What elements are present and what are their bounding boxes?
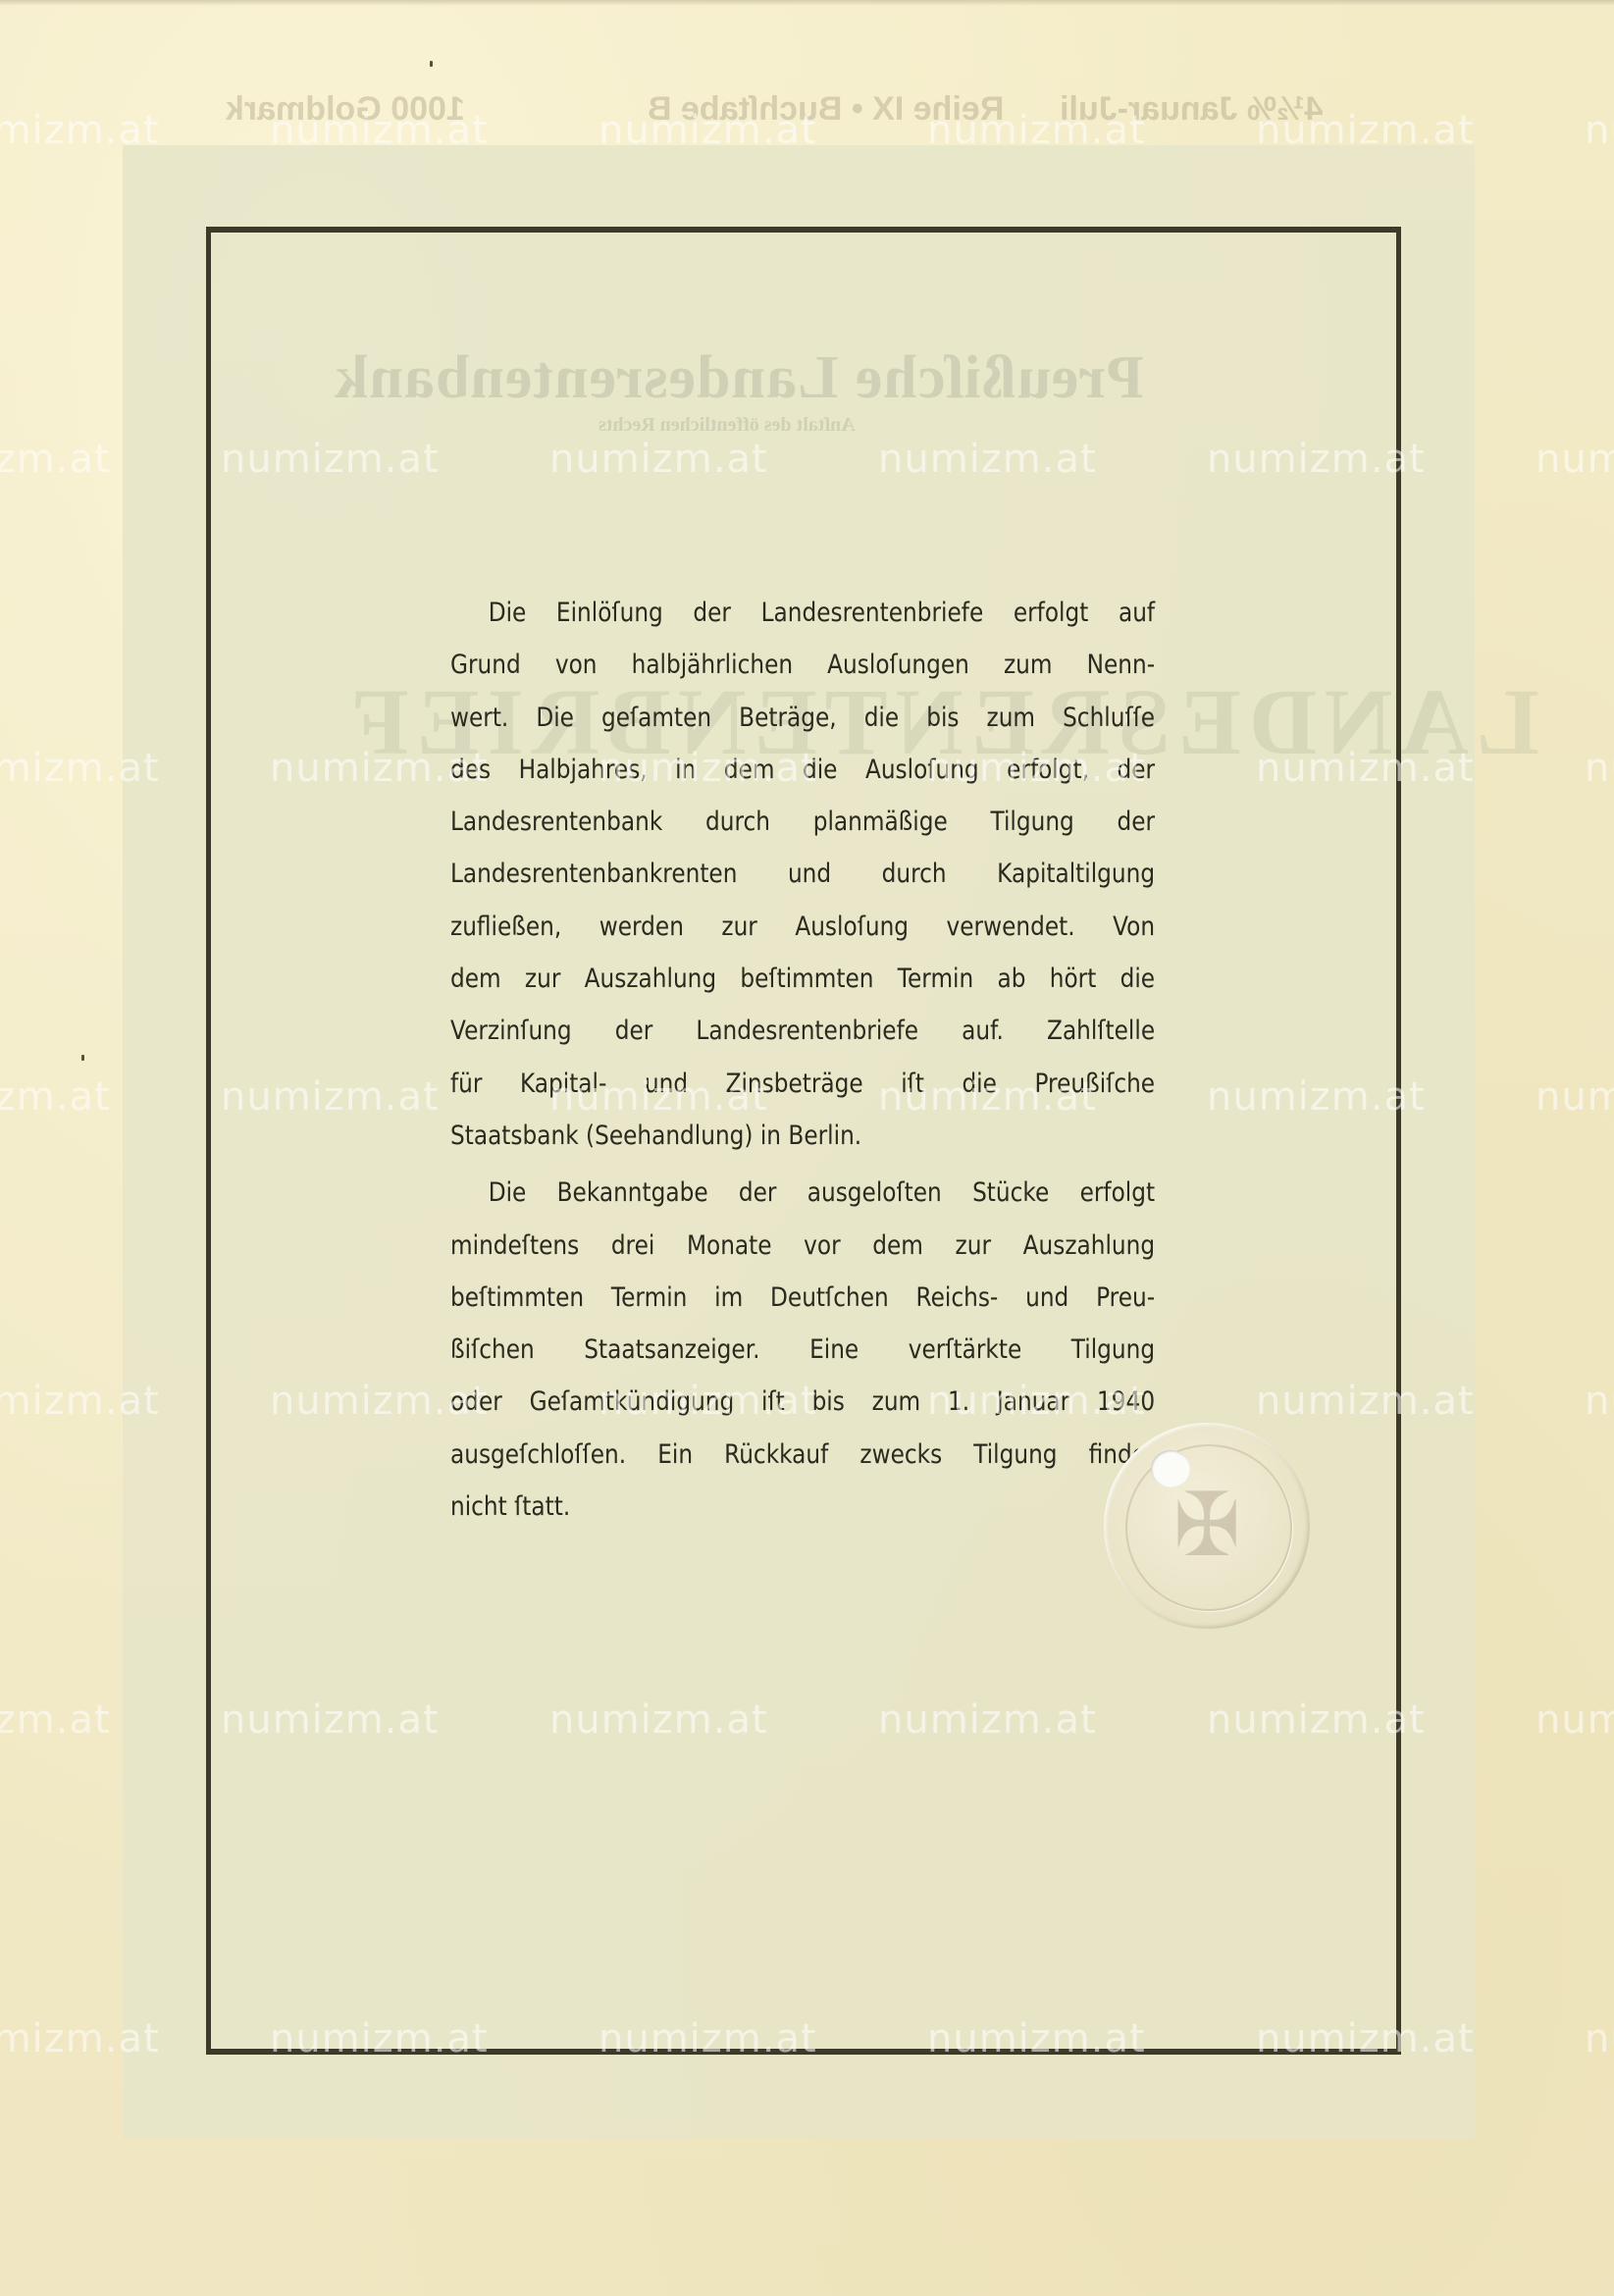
text-line: für Kapital- und Zinsbeträge iſt die Pre… — [450, 1058, 1155, 1110]
terms-text: Die Einlöſung der Landesrentenbriefe erf… — [450, 587, 1155, 1538]
text-line: Die Einlöſung der Landesrentenbriefe erf… — [450, 587, 1155, 639]
text-line: wert. Die geſamten Beträge, die bis zum … — [450, 692, 1155, 744]
text-line: Staatsbank (Seehandlung) in Berlin. — [450, 1110, 1155, 1162]
ghost-header-series: Reihe IX • Buchſtabe B — [648, 90, 1004, 129]
text-line: mindeſtens drei Monate vor dem zur Ausza… — [450, 1220, 1155, 1272]
text-line: Landesrentenbank durch planmäßige Tilgun… — [450, 796, 1155, 848]
paragraph-announcement: Die Bekanntgabe der ausgeloſten Stücke e… — [450, 1167, 1155, 1533]
paragraph-redemption: Die Einlöſung der Landesrentenbriefe erf… — [450, 587, 1155, 1162]
text-line: Grund von halbjährlichen Ausloſungen zum… — [450, 639, 1155, 691]
text-line: nicht ſtatt. — [450, 1481, 1155, 1533]
embossed-seal: ✠ — [1104, 1423, 1310, 1629]
text-line: dem zur Auszahlung beſtimmten Termin ab … — [450, 953, 1155, 1005]
text-line: oder Geſamtkündigung iſt bis zum 1. Janu… — [450, 1376, 1155, 1428]
ghost-header-amount: 1000 Goldmark — [226, 90, 465, 129]
text-line: beſtimmten Termin im Deutſchen Reichs- u… — [450, 1272, 1155, 1324]
ghost-header-rate: 4½% Januar-Juli — [1060, 90, 1323, 129]
text-line: des Halbjahres, in dem die Ausloſung erf… — [450, 744, 1155, 796]
text-line: Die Bekanntgabe der ausgeloſten Stücke e… — [450, 1167, 1155, 1219]
text-line: Verzinſung der Landesrentenbriefe auf. Z… — [450, 1005, 1155, 1057]
punch-hole — [1151, 1450, 1190, 1487]
paper-speck — [430, 61, 433, 67]
text-line: ausgeſchloſſen. Ein Rückkauf zwecks Tilg… — [450, 1429, 1155, 1481]
text-line: zufließen, werden zur Ausloſung verwende… — [450, 901, 1155, 953]
text-line: ßiſchen Staatsanzeiger. Eine verſtärkte … — [450, 1324, 1155, 1376]
paper-speck — [81, 1055, 84, 1061]
paper-top-edge — [0, 0, 1614, 6]
text-line: Landesrentenbankrenten und durch Kapital… — [450, 848, 1155, 900]
